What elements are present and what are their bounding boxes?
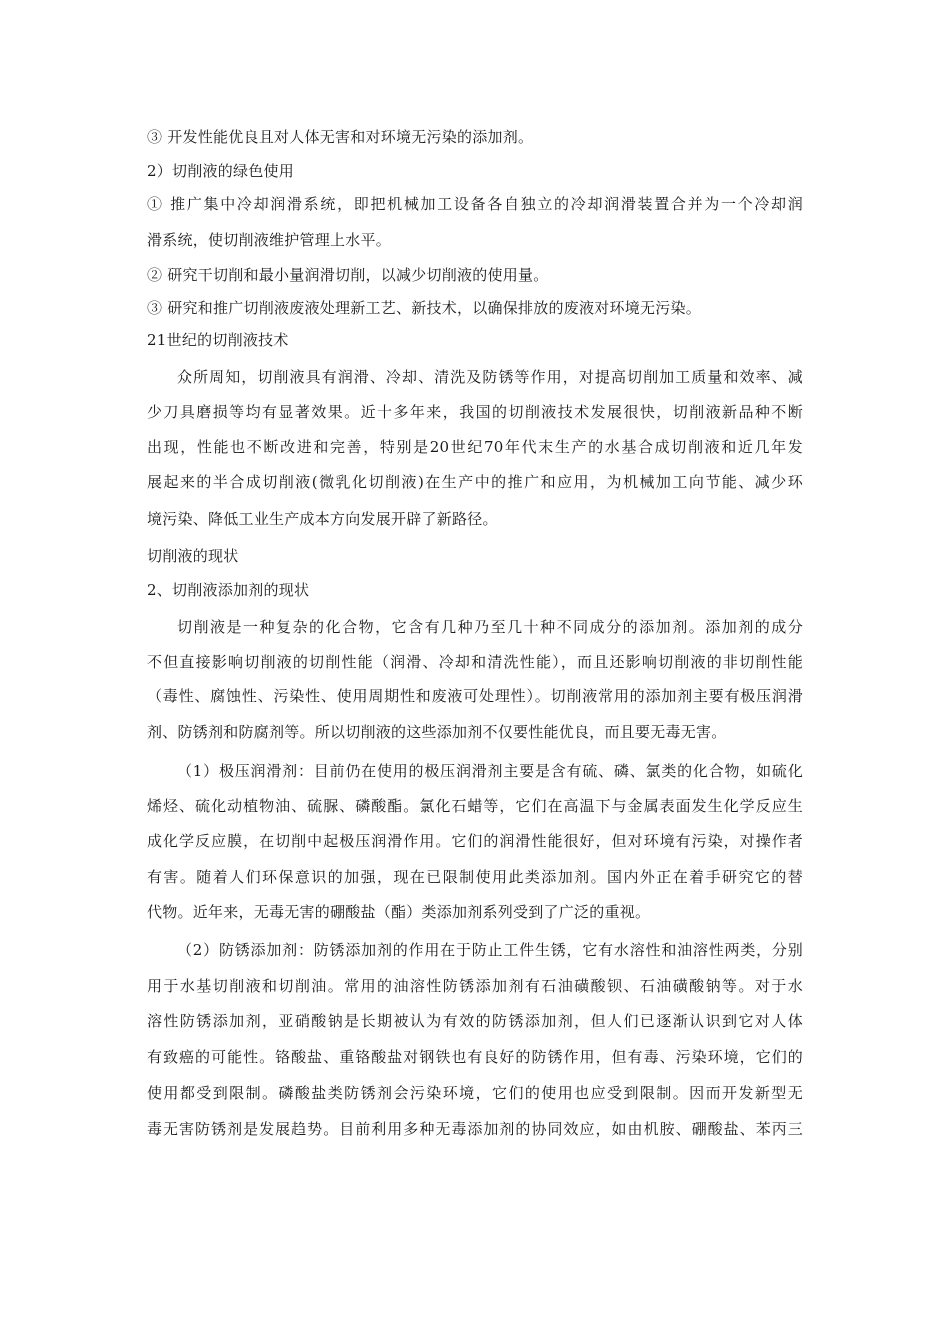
paragraph-additives-line: 不但直接影响切削液的切削性能（润滑、冷却和清洗性能），而且还影响切削液的非切削性…	[147, 652, 803, 672]
paragraph-intro-line: 众所周知，切削液具有润滑、冷却、清洗及防锈等作用，对提高切削加工质量和效率、减	[177, 367, 803, 387]
paragraph-intro-line: 少刀具磨损等均有显著效果。近十多年来，我国的切削液技术发展很快，切削液新品种不断	[147, 402, 803, 422]
paragraph-rust-inhibitor-line: 溶性防锈添加剂，亚硝酸钠是长期被认为有效的防锈添加剂，但人们已逐渐认识到它对人体	[147, 1011, 803, 1031]
section-heading-green-use: 2）切削液的绿色使用	[147, 161, 294, 181]
paragraph-rust-inhibitor-line: （2）防锈添加剂：防锈添加剂的作用在于防止工件生锈，它有水溶性和油溶性两类，分别	[177, 940, 803, 960]
list-item-1-continued: 滑系统，使切削液维护管理上水平。	[147, 230, 391, 250]
paragraph-ep-lubricant-line: 代物。近年来，无毒无害的硼酸盐（酯）类添加剂系列受到了广泛的重视。	[147, 902, 650, 922]
paragraph-rust-inhibitor-line: 使用都受到限制。磷酸盐类防锈剂会污染环境，它们的使用也应受到限制。因而开发新型无	[147, 1083, 803, 1103]
paragraph-ep-lubricant-line: 成化学反应膜，在切削中起极压润滑作用。它们的润滑性能很好，但对环境有污染，对操作…	[147, 831, 803, 851]
paragraph-intro-line: 出现，性能也不断改进和完善，特别是20世纪70年代末生产的水基合成切削液和近几年…	[147, 437, 803, 457]
paragraph-intro-line: 展起来的半合成切削液(微乳化切削液)在生产中的推广和应用，为机械加工向节能、减少…	[147, 472, 803, 492]
paragraph-rust-inhibitor-line: 用于水基切削液和切削油。常用的油溶性防锈添加剂有石油磺酸钡、石油磺酸钠等。对于水	[147, 976, 803, 996]
paragraph-intro-line: 境污染、降低工业生产成本方向发展开辟了新路径。	[147, 509, 498, 529]
paragraph-ep-lubricant-line: （1）极压润滑剂：目前仍在使用的极压润滑剂主要是含有硫、磷、氯类的化合物，如硫化	[177, 761, 803, 781]
list-item-3-waste-treatment: ③ 研究和推广切削液废液处理新工艺、新技术，以确保排放的废液对环境无污染。	[147, 298, 701, 318]
paragraph-additives-line: （毒性、腐蚀性、污染性、使用周期性和废液可处理性）。切削液常用的添加剂主要有极压…	[147, 686, 803, 706]
paragraph-additives-line: 剂、防锈剂和防腐剂等。所以切削液的这些添加剂不仅要性能优良，而且要无毒无害。	[147, 722, 727, 742]
section-heading-additives-status: 2、切削液添加剂的现状	[147, 580, 309, 600]
paragraph-rust-inhibitor-line: 毒无害防锈剂是发展趋势。目前利用多种无毒添加剂的协同效应，如由机胺、硼酸盐、苯丙…	[147, 1119, 803, 1139]
section-heading-status: 切削液的现状	[147, 546, 239, 566]
list-item-2-dry-cutting: ② 研究干切削和最小量润滑切削，以减少切削液的使用量。	[147, 265, 549, 285]
section-heading-21st-century: 21世纪的切削液技术	[147, 330, 289, 350]
paragraph-ep-lubricant-line: 烯烃、硫化动植物油、硫脲、磷酸酯。氯化石蜡等，它们在高温下与金属表面发生化学反应…	[147, 796, 803, 816]
paragraph-ep-lubricant-line: 有害。随着人们环保意识的加强，现在已限制使用此类添加剂。国内外正在着手研究它的替	[147, 867, 803, 887]
paragraph-rust-inhibitor-line: 有致癌的可能性。铬酸盐、重铬酸盐对钢铁也有良好的防锈作用，但有毒、污染环境，它们…	[147, 1047, 803, 1067]
list-item-3-additives: ③ 开发性能优良且对人体无害和对环境无污染的添加剂。	[147, 127, 533, 147]
paragraph-additives-line: 切削液是一种复杂的化合物，它含有几种乃至几十种不同成分的添加剂。添加剂的成分	[177, 617, 803, 637]
list-item-1-centralized-system: ① 推广集中冷却润滑系统，即把机械加工设备各自独立的冷却润滑装置合并为一个冷却润	[147, 194, 803, 214]
